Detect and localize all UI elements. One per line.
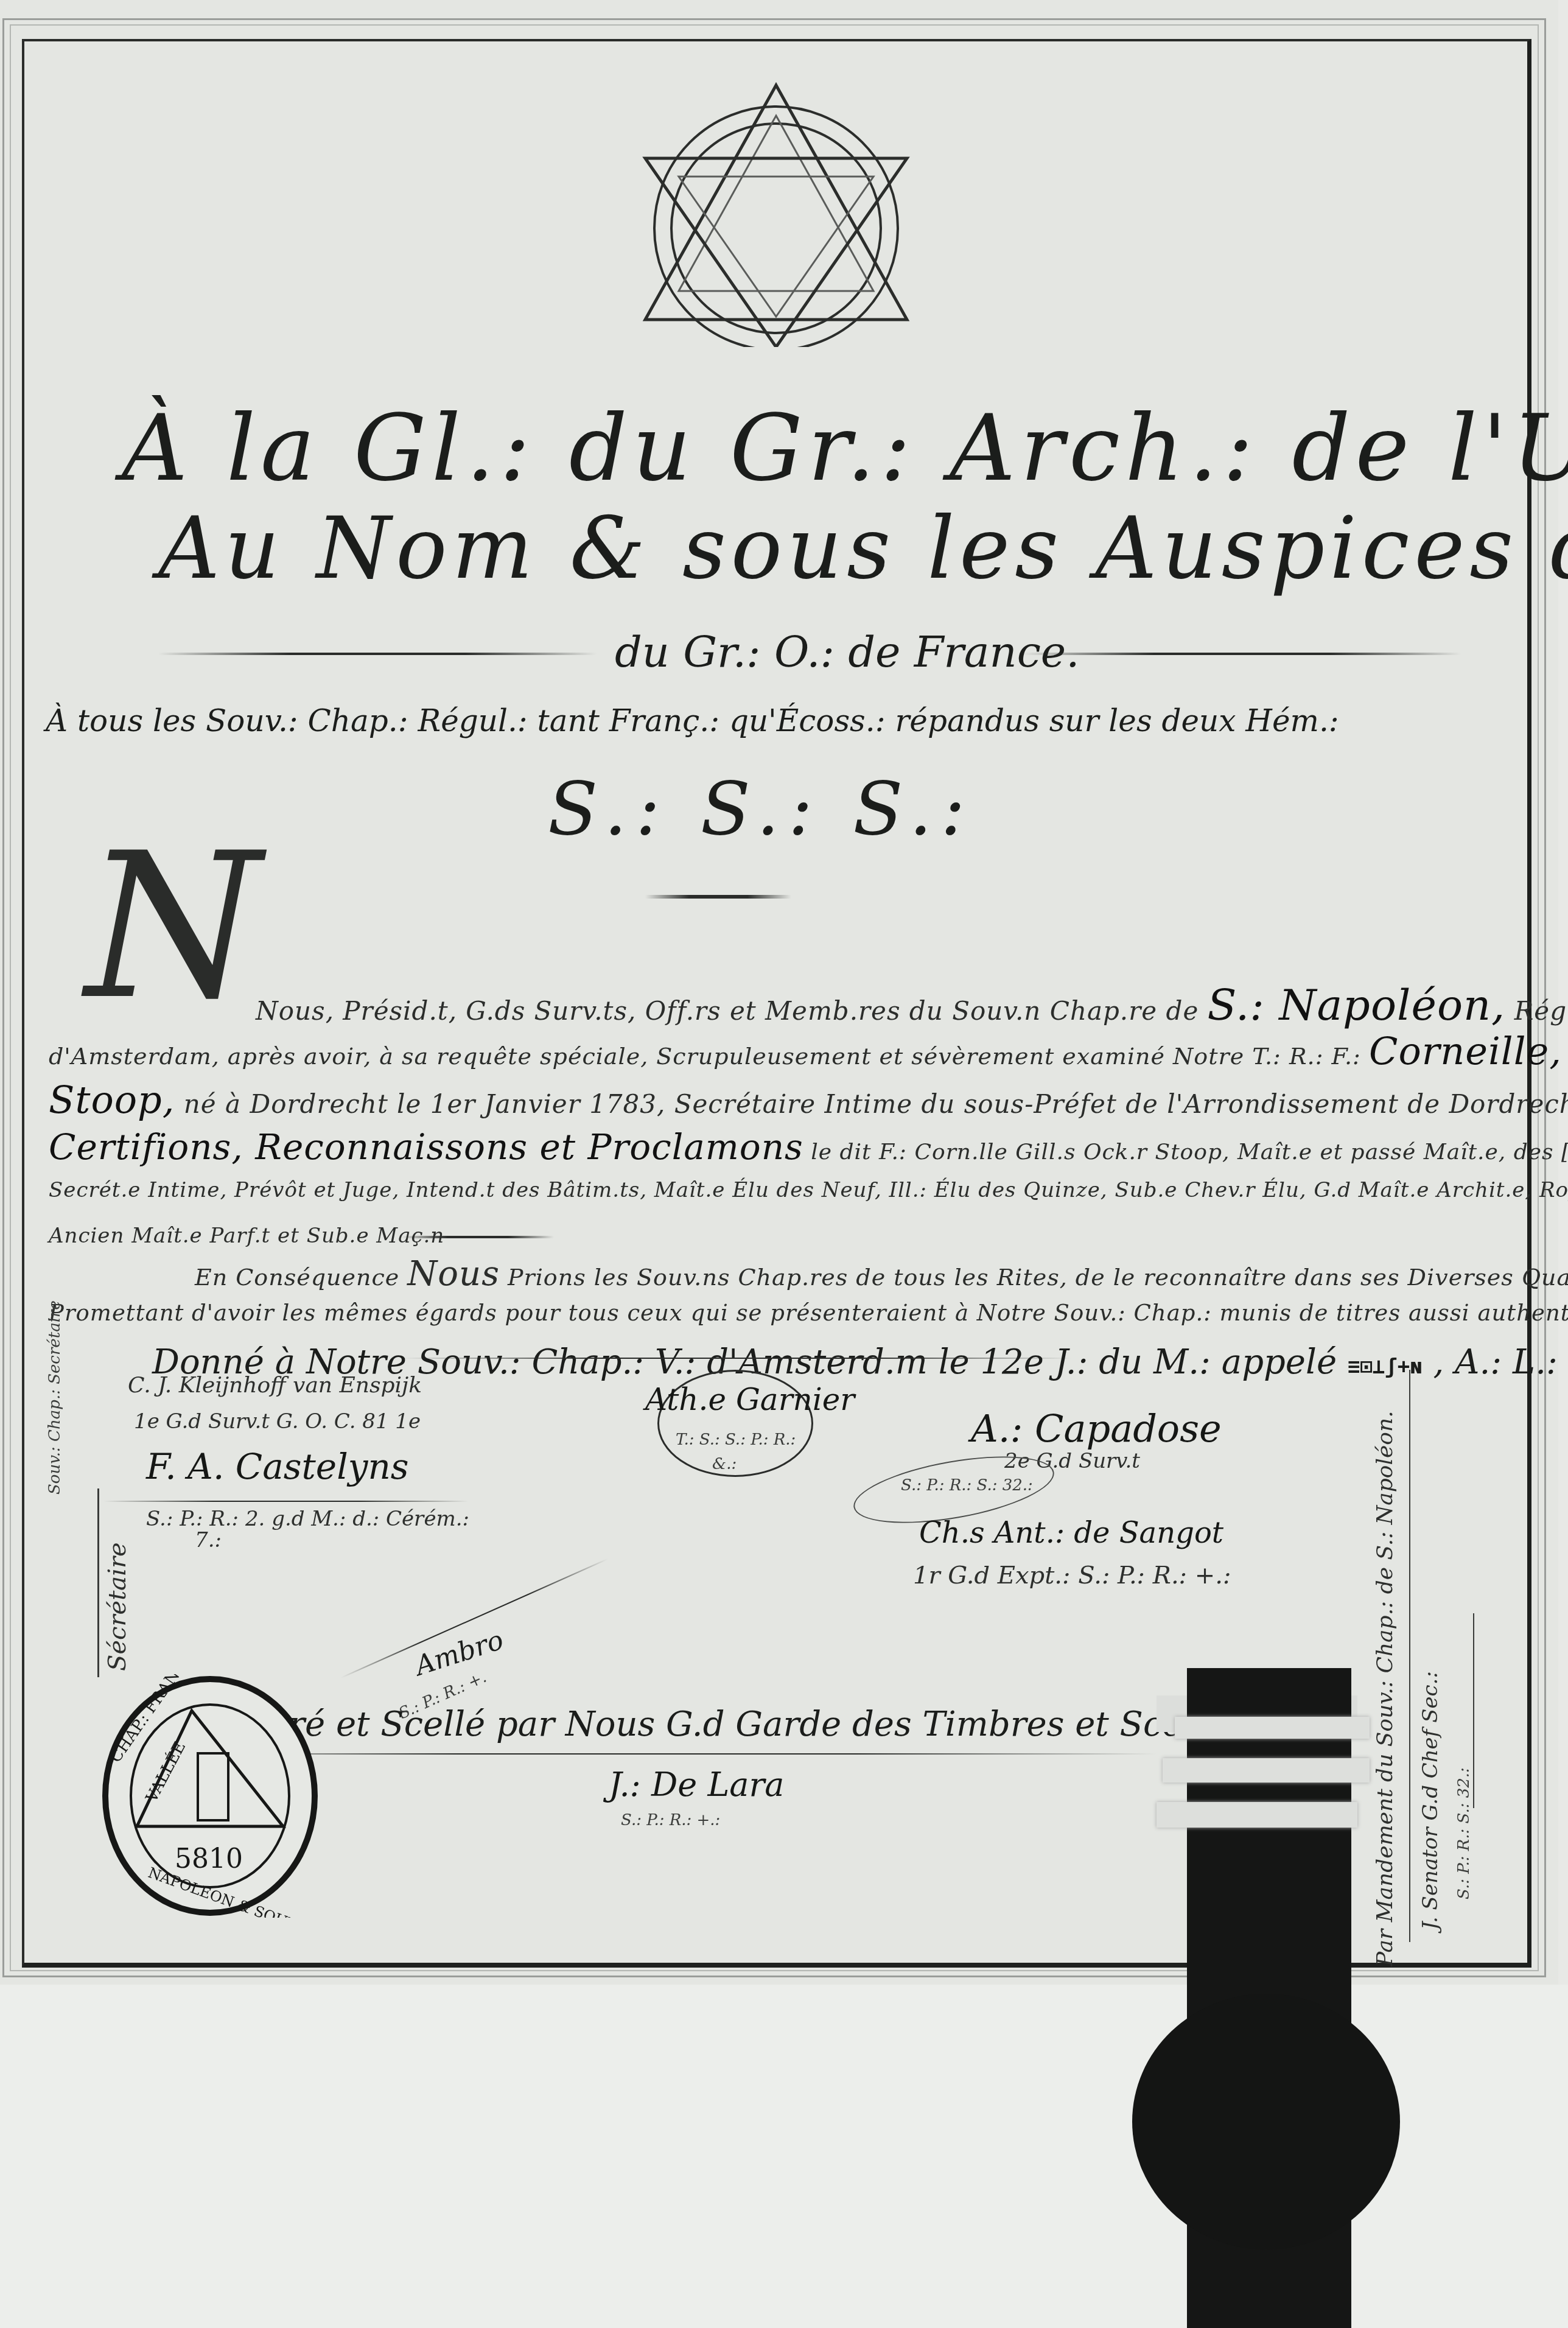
- castelyns-sub: 7.:: [195, 1528, 222, 1552]
- sangot-title: 1r G.d Expt.: S.: P.: R.: +.:: [913, 1562, 1231, 1590]
- signature-sangot: Ch.s Ant.: de Sangot: [919, 1516, 1223, 1550]
- initial-letter-n: N: [85, 810, 261, 1043]
- salutation: S.: S.: S.:: [548, 767, 974, 852]
- address-line: À tous les Souv.: Chap.: Régul.: tant Fr…: [46, 703, 1339, 738]
- header-line-1: À la Gl.: du Gr.: Arch.: de l'U.:: [122, 396, 1568, 502]
- body-line-6: Ancien Maît.e Parf.t et Sub.e Maç.n: [49, 1224, 444, 1248]
- right-vertical-line-3: S.: P.: R.: S.: 32.:: [1455, 1767, 1473, 1899]
- chapter-name: S.: Napoléon,: [1208, 980, 1506, 1030]
- right-vertical-line-2: J. Senator G.d Chef Sec.:: [1418, 1671, 1443, 1930]
- body-line-1: Nous, Présid.t, G.ds Surv.ts, Off.rs et …: [256, 980, 1568, 1030]
- body-line-5: Secrét.e Intime, Prévôt et Juge, Intend.…: [49, 1178, 1568, 1202]
- signature-castelyns: F. A. Castelyns: [146, 1446, 409, 1487]
- chapter-seal-icon: 5810 VALLÉE CHAP.: FRANC.: ET ECOSS.: NA…: [100, 1674, 320, 1918]
- header-rule-left: [158, 653, 597, 655]
- sealing-text: Timbré et Scellé par Nous G.d Garde des …: [201, 1705, 1255, 1744]
- header-line-2: Au Nom & sous les Auspices du: [158, 499, 1568, 598]
- header-rule-right: [1023, 653, 1461, 655]
- right-vertical-line-1: Par Mandement du Souv.: Chap.: de S.: Na…: [1373, 1411, 1398, 1966]
- signature-de-lara: J.: De Lara: [609, 1765, 784, 1804]
- lara-title: S.: P.: R.: +.:: [621, 1811, 720, 1829]
- left-vertical-signature: Sécrétaire: [103, 1542, 131, 1671]
- candidate-name: Corneille, Gilles Ocker: [1369, 1029, 1568, 1073]
- paper-tab-2: [1163, 1758, 1370, 1783]
- signature-capadose: A.: Capadose: [971, 1406, 1222, 1451]
- body-line-3: Stoop, né à Dordrecht le 1er Janvier 178…: [49, 1078, 1568, 1122]
- signature-kleijnhoff-title: 1e G.d Surv.t G. O. C. 81 1e: [134, 1409, 421, 1434]
- signature-kleijnhoff: C. J. Kleijnhoff van Enspijk: [128, 1373, 422, 1398]
- line-end-rule: [402, 1236, 554, 1238]
- left-vertical-rule: [97, 1488, 99, 1677]
- hexagram-emblem-icon: [627, 79, 925, 347]
- body-para2-line-1: En Conséquence Nous Prions les Souv.ns C…: [195, 1254, 1568, 1294]
- paper-tab-3: [1157, 1802, 1357, 1828]
- capadose-sub: S.: P.: R.: S.: 32.:: [901, 1476, 1033, 1495]
- right-vertical-rule: [1409, 1370, 1410, 1942]
- body-line-2: d'Amsterdam, après avoir, à sa requête s…: [49, 1029, 1568, 1073]
- paper-tab-1: [1175, 1717, 1370, 1739]
- castelyns-rule: [103, 1501, 469, 1502]
- right-margin-rule: [1473, 1613, 1474, 1808]
- garnier-title: T.: S.: S.: P.: R.:: [676, 1431, 796, 1449]
- body-para2-line-2: Promettant d'avoir les mêmes égards pour…: [49, 1300, 1568, 1326]
- candidate-surname: Stoop,: [49, 1078, 175, 1122]
- left-vertical-faint: Souv.: Chap.: Secrétaire: [46, 1300, 64, 1495]
- signature-garnier: Ath.e Garnier: [645, 1382, 855, 1417]
- garnier-sub: &.:: [712, 1455, 737, 1473]
- cipher-month: ≡⊡⟂ʃ+ɴ: [1348, 1355, 1423, 1379]
- castelyns-title: S.: P.: R.: 2. g.d M.: d.: Cérém.:: [146, 1507, 469, 1531]
- wax-seal-icon: [1132, 1994, 1400, 2249]
- dated-rule: [402, 1358, 1071, 1359]
- svg-text:5810: 5810: [175, 1843, 243, 1874]
- header-line-3: du Gr.: O.: de France.: [615, 627, 1080, 677]
- body-line-4: Certifions, Reconnaissons et Proclamons …: [49, 1126, 1568, 1168]
- salutation-rule: [645, 895, 791, 899]
